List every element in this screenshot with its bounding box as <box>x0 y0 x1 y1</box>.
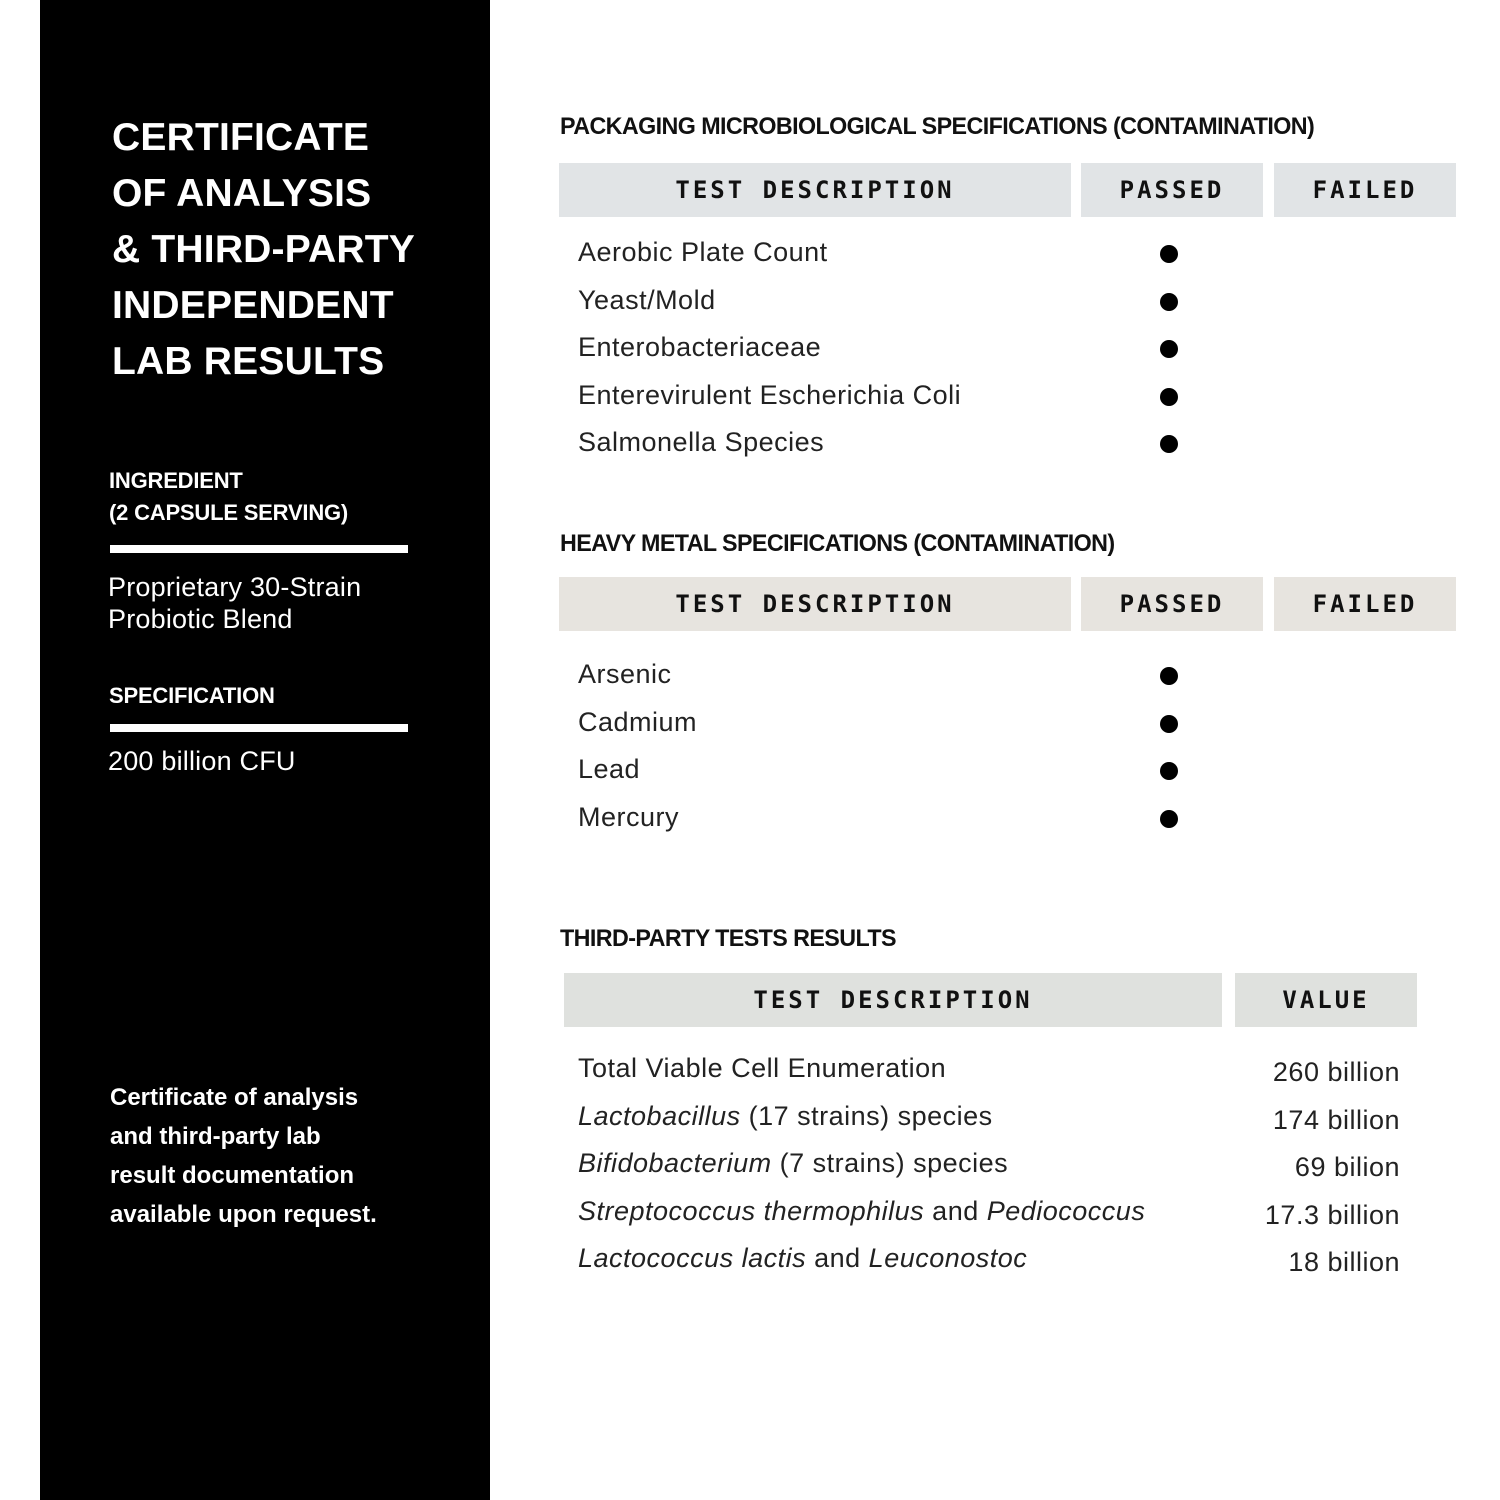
ingredient-label-line: (2 CAPSULE SERVING) <box>109 497 348 529</box>
passed-dot-icon <box>1160 715 1178 733</box>
title-line: & THIRD-PARTY <box>112 222 472 278</box>
table-row-label: Arsenic <box>578 659 672 690</box>
table-row-value: 260 billion <box>1273 1057 1400 1088</box>
table-row-label: Salmonella Species <box>578 427 824 458</box>
microbiological-section-title: PACKAGING MICROBIOLOGICAL SPECIFICATIONS… <box>560 113 1314 141</box>
column-header-passed: PASSED <box>1081 577 1263 631</box>
title-line: INDEPENDENT <box>112 278 472 334</box>
divider <box>110 724 408 732</box>
passed-dot-icon <box>1160 340 1178 358</box>
table-row-label: Mercury <box>578 802 679 833</box>
availability-note: Certificate of analysis and third-party … <box>110 1078 450 1234</box>
table-row-value: 18 billion <box>1288 1247 1400 1278</box>
title-line: LAB RESULTS <box>112 334 472 390</box>
heavy-metal-section-title: HEAVY METAL SPECIFICATIONS (CONTAMINATIO… <box>560 530 1115 558</box>
ingredient-value: Proprietary 30-Strain Probiotic Blend <box>108 571 361 635</box>
note-line: Certificate of analysis <box>110 1078 450 1117</box>
column-header-test-description: TEST DESCRIPTION <box>559 577 1071 631</box>
column-header-test-description: TEST DESCRIPTION <box>564 973 1222 1027</box>
ingredient-value-line: Probiotic Blend <box>108 603 361 635</box>
passed-dot-icon <box>1160 810 1178 828</box>
column-header-failed: FAILED <box>1274 577 1456 631</box>
ingredient-label-line: INGREDIENT <box>109 465 348 497</box>
table-row-label: Streptococcus thermophilus and Pediococc… <box>578 1196 1145 1227</box>
sidebar-panel: CERTIFICATE OF ANALYSIS & THIRD-PARTY IN… <box>40 0 490 1500</box>
table-row-label: Total Viable Cell Enumeration <box>578 1053 946 1084</box>
table-row-label: Lactococcus lactis and Leuconostoc <box>578 1243 1027 1274</box>
table-row-label: Bifidobacterium (7 strains) species <box>578 1148 1008 1179</box>
passed-dot-icon <box>1160 435 1178 453</box>
note-line: available upon request. <box>110 1195 450 1234</box>
third-party-section-title: THIRD-PARTY TESTS RESULTS <box>560 925 896 953</box>
title-line: OF ANALYSIS <box>112 166 472 222</box>
table-row-label: Lactobacillus (17 strains) species <box>578 1101 993 1132</box>
column-header-value: VALUE <box>1235 973 1417 1027</box>
divider <box>110 545 408 553</box>
table-row-label: Yeast/Mold <box>578 285 716 316</box>
specification-label: SPECIFICATION <box>109 680 275 712</box>
table-row-value: 17.3 billion <box>1265 1200 1400 1231</box>
ingredient-value-line: Proprietary 30-Strain <box>108 571 361 603</box>
passed-dot-icon <box>1160 388 1178 406</box>
note-line: and third-party lab <box>110 1117 450 1156</box>
table-row-label: Lead <box>578 754 640 785</box>
column-header-failed: FAILED <box>1274 163 1456 217</box>
column-header-test-description: TEST DESCRIPTION <box>559 163 1071 217</box>
table-row-label: Cadmium <box>578 707 697 738</box>
table-row-label: Aerobic Plate Count <box>578 237 828 268</box>
note-line: result documentation <box>110 1156 450 1195</box>
specification-value: 200 billion CFU <box>108 745 296 777</box>
table-row-value: 174 billion <box>1273 1105 1400 1136</box>
table-row-value: 69 bilion <box>1295 1152 1400 1183</box>
passed-dot-icon <box>1160 245 1178 263</box>
column-header-passed: PASSED <box>1081 163 1263 217</box>
passed-dot-icon <box>1160 667 1178 685</box>
title-line: CERTIFICATE <box>112 110 472 166</box>
passed-dot-icon <box>1160 762 1178 780</box>
page-title: CERTIFICATE OF ANALYSIS & THIRD-PARTY IN… <box>112 110 472 390</box>
ingredient-label: INGREDIENT (2 CAPSULE SERVING) <box>109 465 348 529</box>
table-row-label: Enterevirulent Escherichia Coli <box>578 380 961 411</box>
passed-dot-icon <box>1160 293 1178 311</box>
table-row-label: Enterobacteriaceae <box>578 332 821 363</box>
